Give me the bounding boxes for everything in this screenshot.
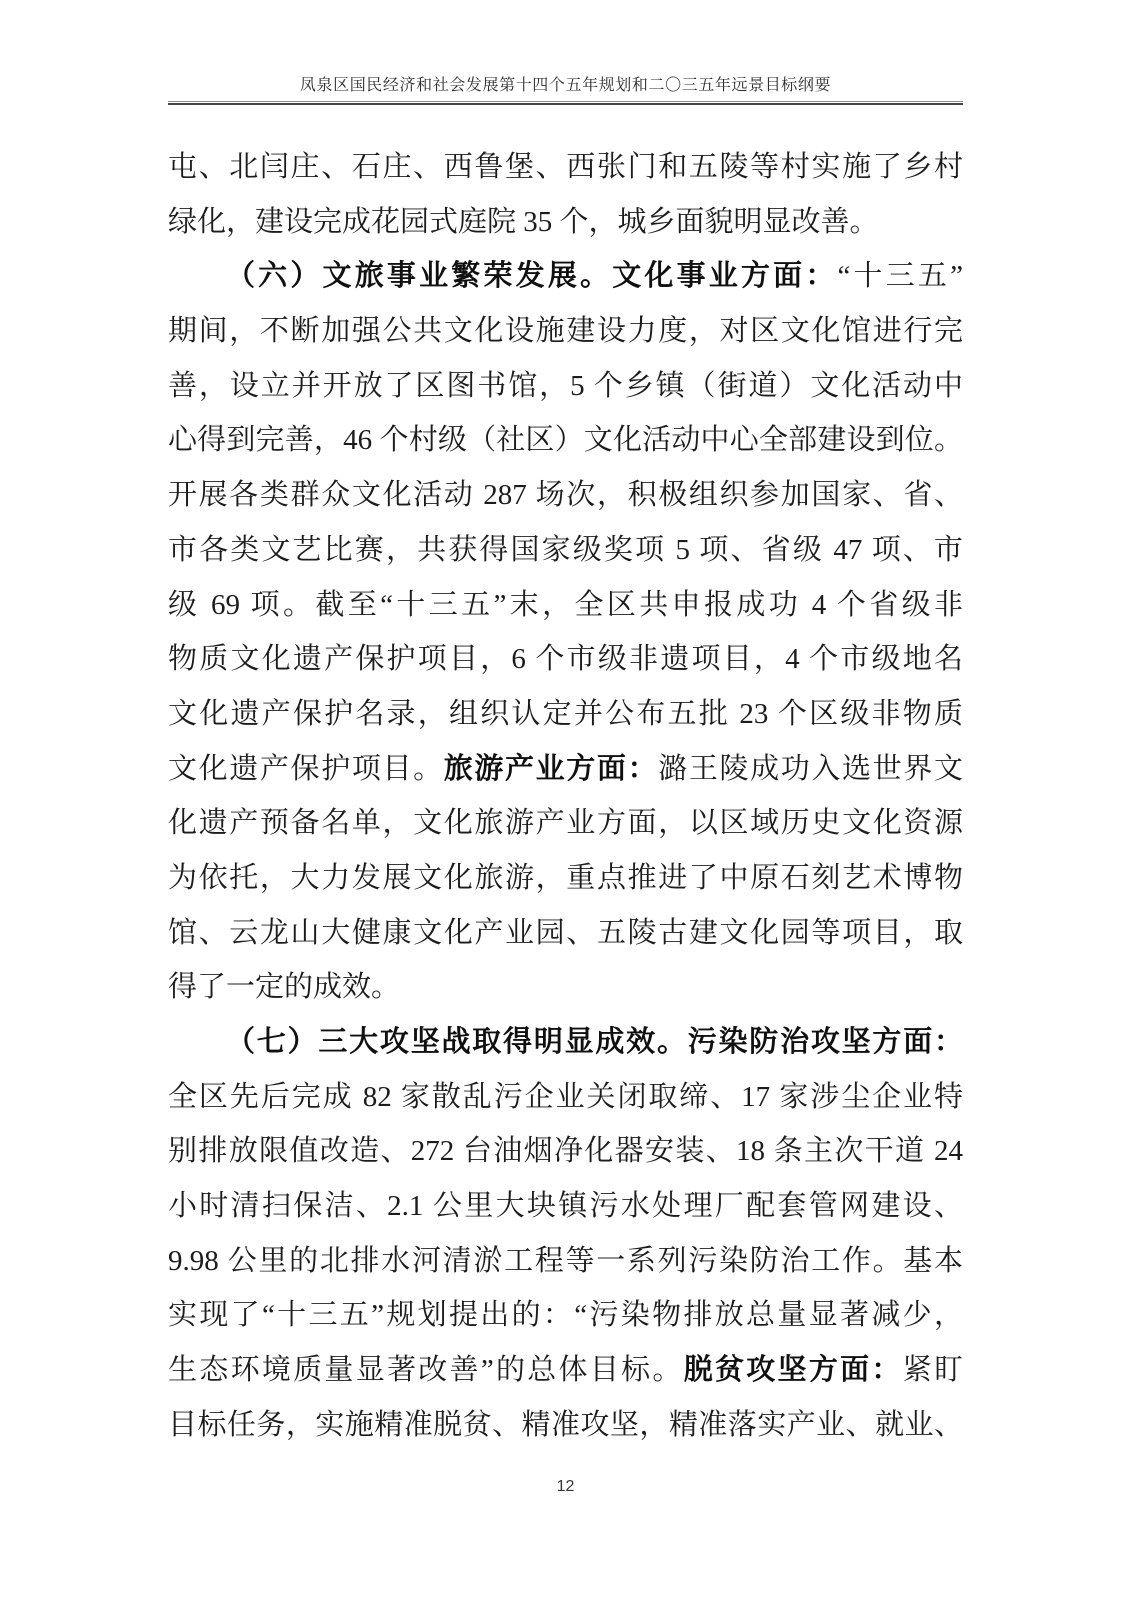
- text-line: 文化遗产保护项目。旅游产业方面：潞王陵成功入选世界文: [168, 742, 963, 797]
- text-run: 文化遗产保护名录，组织认定并公布五批 23 个区级非物质: [168, 698, 963, 730]
- text-run: 实现了“十三五”规划提出的：“污染物排放总量显著减少，: [168, 1299, 963, 1331]
- text-line: 目标任务，实施精准脱贫、精准攻坚，精准落实产业、就业、: [168, 1398, 963, 1453]
- text-line: 实现了“十三五”规划提出的：“污染物排放总量显著减少，: [168, 1288, 963, 1343]
- text-run: 生态环境质量显著改善”的总体目标。: [168, 1354, 684, 1386]
- page-number: 12: [557, 1478, 575, 1495]
- text-line: 绿化，建设完成花园式庭院 35 个，城乡面貌明显改善。: [168, 195, 963, 250]
- text-run: 潞王陵成功入选世界文: [658, 753, 963, 785]
- text-line: 善，设立并开放了区图书馆，5 个乡镇（街道）文化活动中: [168, 359, 963, 414]
- document-page: 凤泉区国民经济和社会发展第十四个五年规划和二〇三五年远景目标纲要 屯、北闫庄、石…: [0, 0, 1131, 1600]
- header-title: 凤泉区国民经济和社会发展第十四个五年规划和二〇三五年远景目标纲要: [0, 72, 1131, 95]
- text-run-bold: （七）三大攻坚战取得明显成效。污染防治攻坚方面：: [226, 1026, 963, 1058]
- text-run-bold: 脱贫攻坚方面：: [684, 1354, 903, 1386]
- text-run: 为依托，大力发展文化旅游，重点推进了中原石刻艺术博物: [168, 862, 963, 894]
- text-run: 全区先后完成 82 家散乱污企业关闭取缔、17 家涉尘企业特: [168, 1081, 963, 1113]
- text-line: 全区先后完成 82 家散乱污企业关闭取缔、17 家涉尘企业特: [168, 1070, 963, 1125]
- text-line: 级 69 项。截至“十三五”末，全区共申报成功 4 个省级非: [168, 578, 963, 633]
- text-line: 小时清扫保洁、2.1 公里大块镇污水处理厂配套管网建设、: [168, 1179, 963, 1234]
- text-line: 期间，不断加强公共文化设施建设力度，对区文化馆进行完: [168, 304, 963, 359]
- text-run: 级 69 项。截至“十三五”末，全区共申报成功 4 个省级非: [168, 589, 963, 621]
- text-run-bold: （六）文旅事业繁荣发展。文化事业方面：: [226, 260, 838, 292]
- header-rule: [168, 101, 963, 105]
- text-run: 市各类文艺比赛，共获得国家级奖项 5 项、省级 47 项、市: [168, 534, 963, 566]
- text-line: 馆、云龙山大健康文化产业园、五陵古建文化园等项目，取: [168, 906, 963, 961]
- text-run: 小时清扫保洁、2.1 公里大块镇污水处理厂配套管网建设、: [168, 1190, 963, 1222]
- document-body: 屯、北闫庄、石庄、西鲁堡、西张门和五陵等村实施了乡村绿化，建设完成花园式庭院 3…: [168, 140, 963, 1453]
- page-footer: 12: [0, 1478, 1131, 1496]
- text-line: 心得到完善，46 个村级（社区）文化活动中心全部建设到位。: [168, 413, 963, 468]
- text-line: （六）文旅事业繁荣发展。文化事业方面：“十三五”: [168, 249, 963, 304]
- text-line: 文化遗产保护名录，组织认定并公布五批 23 个区级非物质: [168, 687, 963, 742]
- text-run: 目标任务，实施精准脱贫、精准攻坚，精准落实产业、就业、: [168, 1409, 963, 1441]
- text-line: 化遗产预备名单，文化旅游产业方面，以区域历史文化资源: [168, 796, 963, 851]
- text-line: 9.98 公里的北排水河清淤工程等一系列污染防治工作。基本: [168, 1234, 963, 1289]
- text-run-bold: 旅游产业方面：: [444, 753, 658, 785]
- text-run: 开展各类群众文化活动 287 场次，积极组织参加国家、省、: [168, 479, 963, 511]
- text-run: 别排放限值改造、272 台油烟净化器安装、18 条主次干道 24: [168, 1135, 963, 1167]
- text-line: （七）三大攻坚战取得明显成效。污染防治攻坚方面：: [168, 1015, 963, 1070]
- text-line: 生态环境质量显著改善”的总体目标。脱贫攻坚方面：紧盯: [168, 1343, 963, 1398]
- text-run: 心得到完善，46 个村级（社区）文化活动中心全部建设到位。: [168, 424, 963, 456]
- text-run: 屯、北闫庄、石庄、西鲁堡、西张门和五陵等村实施了乡村: [168, 151, 963, 183]
- text-line: 得了一定的成效。: [168, 960, 963, 1015]
- header-rule-thick-line: [168, 103, 963, 105]
- text-line: 物质文化遗产保护项目，6 个市级非遗项目，4 个市级地名: [168, 632, 963, 687]
- text-run: 善，设立并开放了区图书馆，5 个乡镇（街道）文化活动中: [168, 370, 963, 402]
- text-run: 馆、云龙山大健康文化产业园、五陵古建文化园等项目，取: [168, 917, 963, 949]
- text-line: 开展各类群众文化活动 287 场次，积极组织参加国家、省、: [168, 468, 963, 523]
- text-line: 市各类文艺比赛，共获得国家级奖项 5 项、省级 47 项、市: [168, 523, 963, 578]
- text-run: 紧盯: [903, 1354, 963, 1386]
- text-line: 别排放限值改造、272 台油烟净化器安装、18 条主次干道 24: [168, 1124, 963, 1179]
- text-run: “十三五”: [838, 260, 963, 292]
- text-run: 化遗产预备名单，文化旅游产业方面，以区域历史文化资源: [168, 807, 963, 839]
- text-run: 绿化，建设完成花园式庭院 35 个，城乡面貌明显改善。: [168, 206, 879, 238]
- text-run: 文化遗产保护项目。: [168, 753, 444, 785]
- text-line: 为依托，大力发展文化旅游，重点推进了中原石刻艺术博物: [168, 851, 963, 906]
- text-run: 期间，不断加强公共文化设施建设力度，对区文化馆进行完: [168, 315, 963, 347]
- text-line: 屯、北闫庄、石庄、西鲁堡、西张门和五陵等村实施了乡村: [168, 140, 963, 195]
- text-run: 物质文化遗产保护项目，6 个市级非遗项目，4 个市级地名: [168, 643, 963, 675]
- text-run: 得了一定的成效。: [168, 971, 400, 1003]
- text-run: 9.98 公里的北排水河清淤工程等一系列污染防治工作。基本: [168, 1245, 963, 1277]
